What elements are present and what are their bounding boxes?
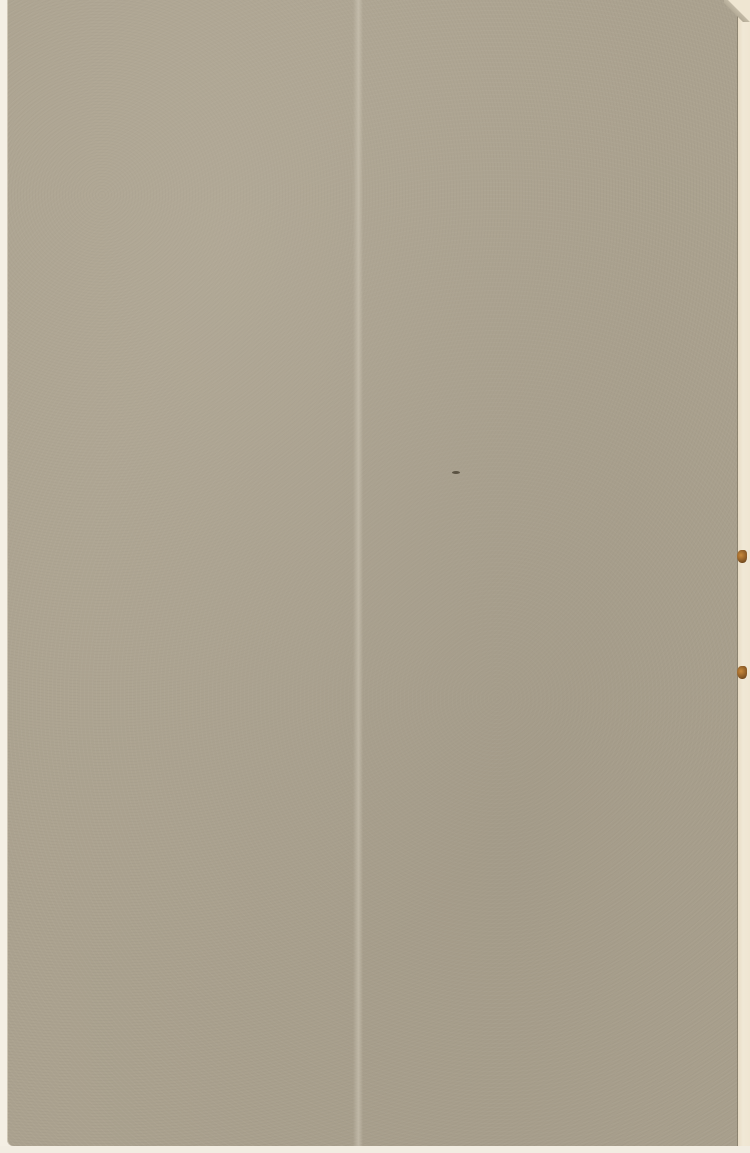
inner-page-edge (738, 0, 750, 1153)
bottom-margin (0, 1146, 750, 1153)
vertical-fold-line (353, 0, 363, 1146)
scanned-page (0, 0, 750, 1153)
paper-speck (452, 471, 460, 474)
curled-corner (724, 0, 750, 22)
blank-paper-cover (7, 0, 738, 1146)
staple-mark-upper (737, 550, 747, 563)
staple-mark-lower (737, 666, 747, 679)
